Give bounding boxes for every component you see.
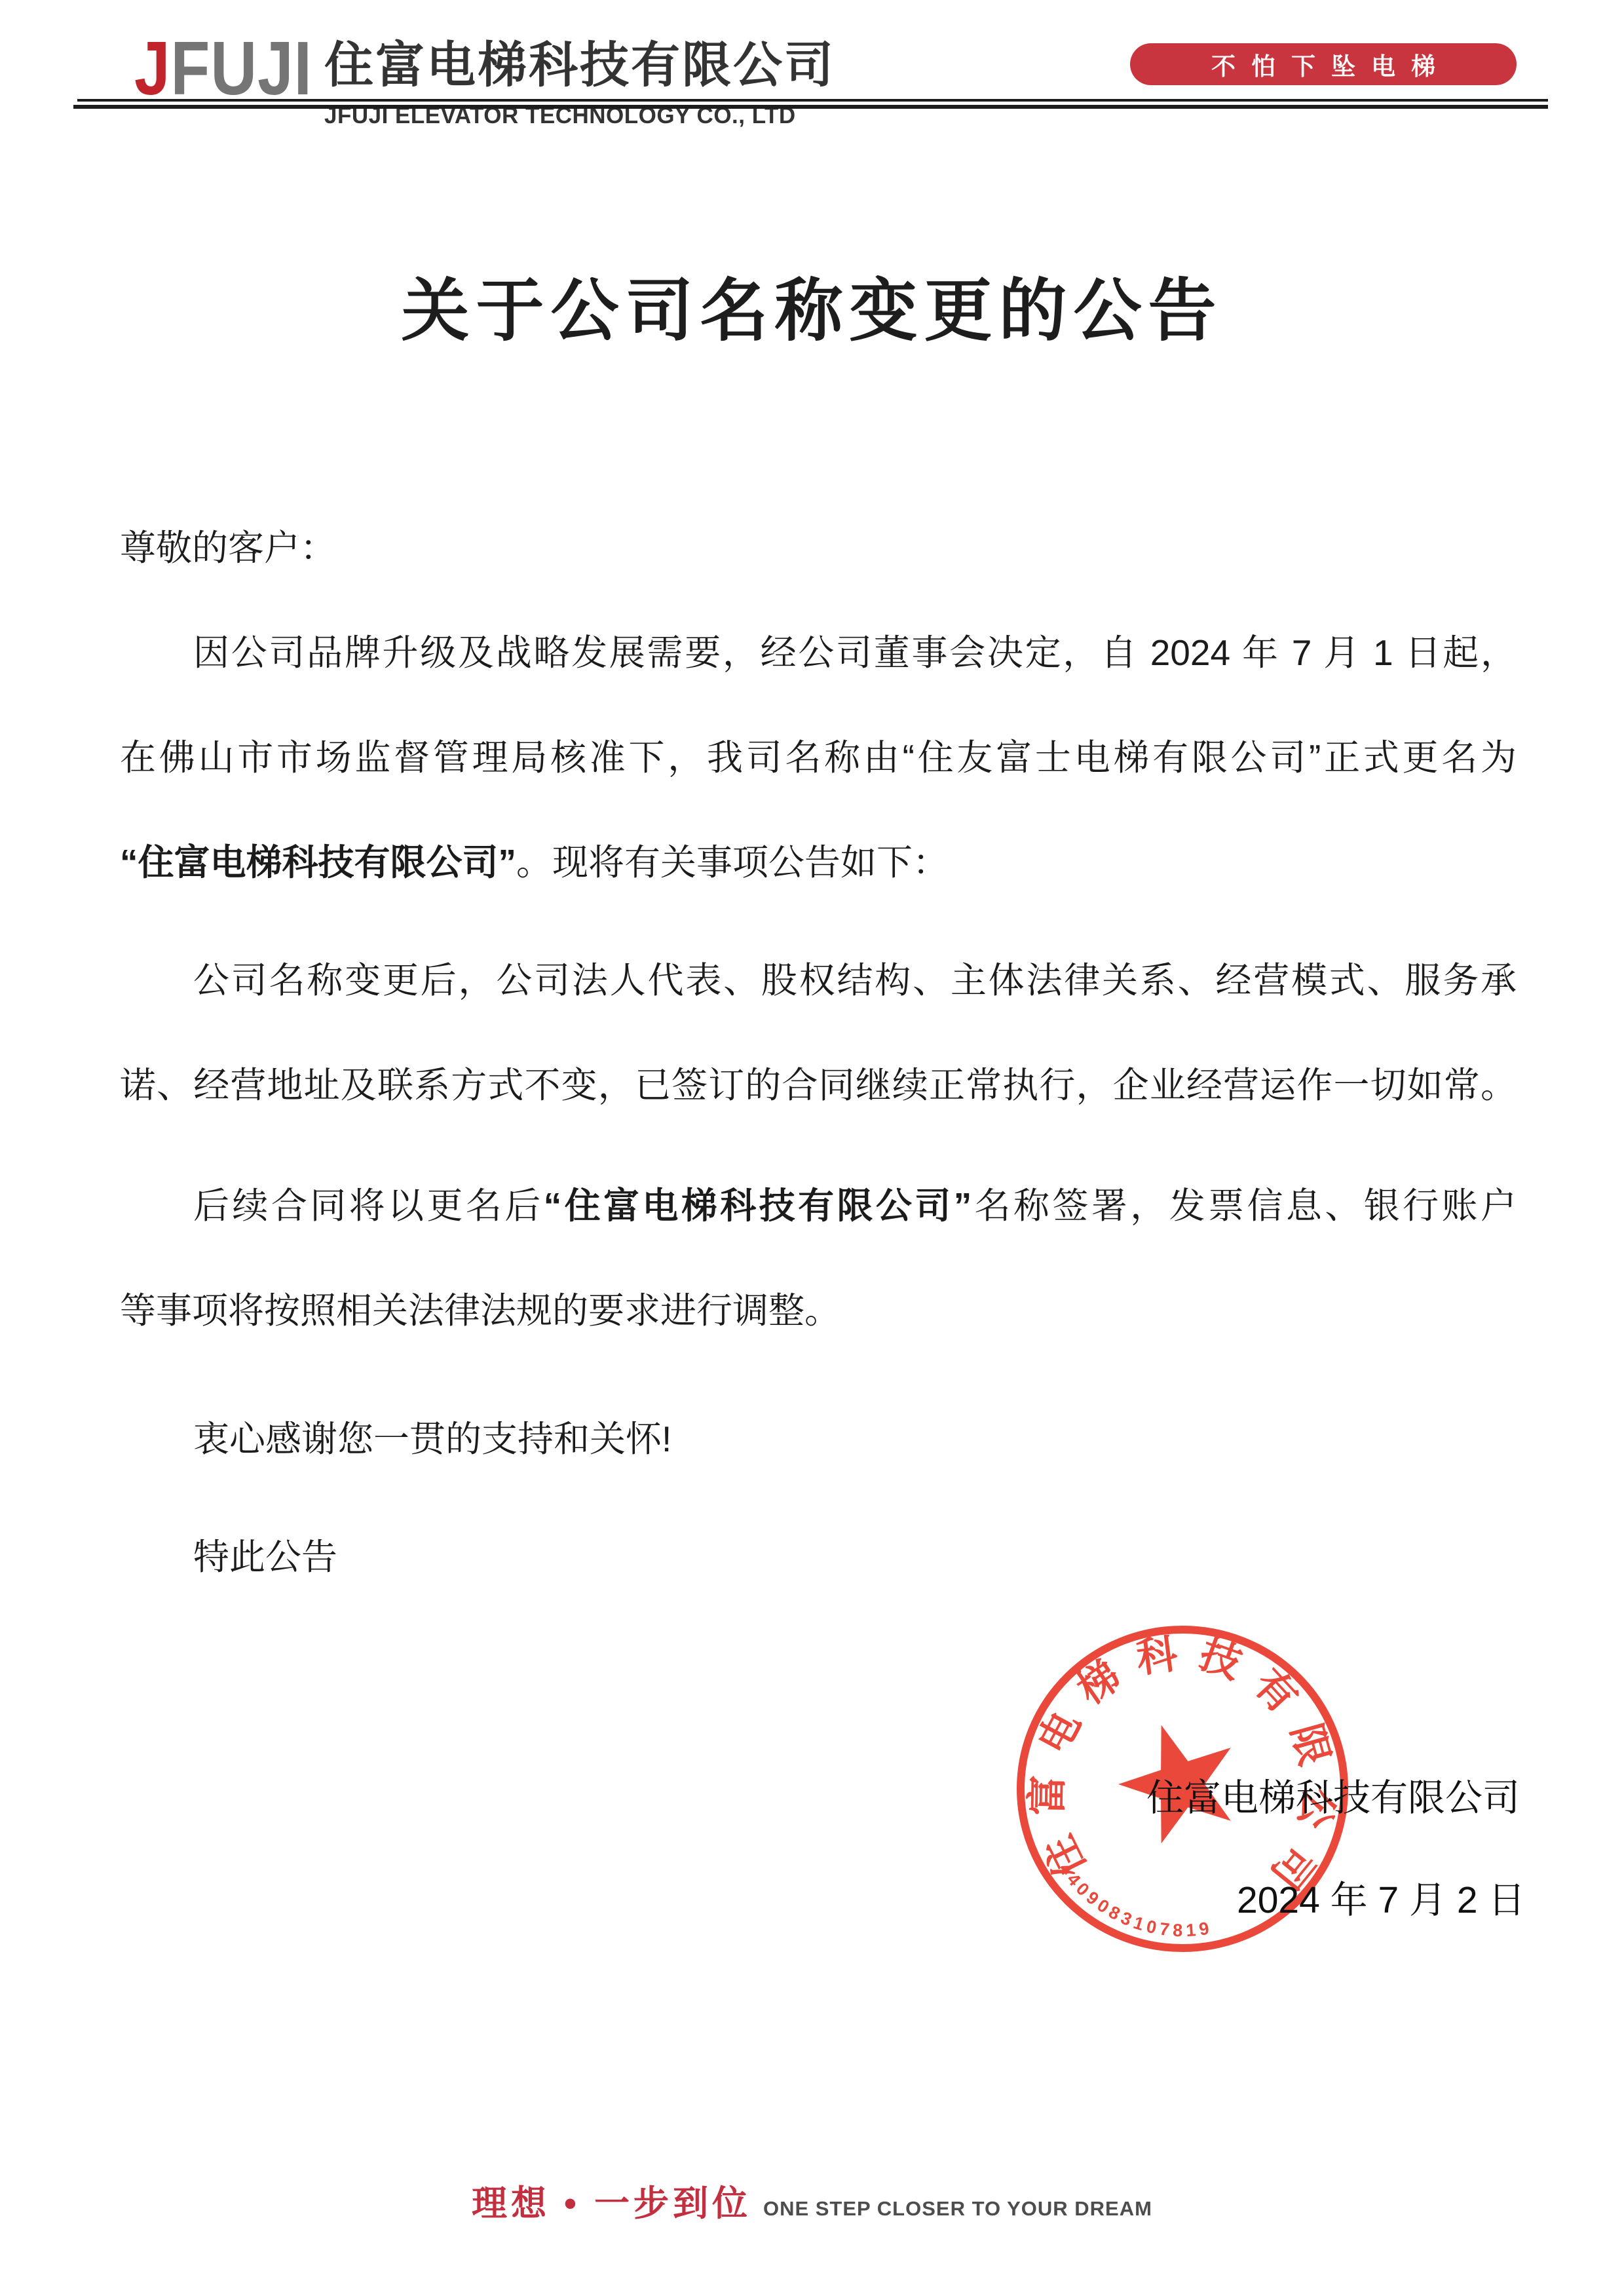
new-company-name-bold: “住富电梯科技有限公司” — [544, 1185, 972, 1226]
paragraph-1-line-2: 在佛山市市场监督管理局核准下，我司名称由“住友富士电梯有限公司”正式更名为 — [120, 705, 1517, 810]
paragraph-2-line-2: 诺、经营地址及联系方式不变，已签订的合同继续正常执行，企业经营运作一切如常。 — [120, 1033, 1517, 1138]
slogan-badge-text: 不怕下坠电梯 — [1211, 47, 1451, 82]
paragraph-text: 因公司品牌升级及战略发展需要，经公司董事会决定，自 2024 年 7 月 1 日… — [193, 632, 1517, 673]
paragraph-text: 。现将有关事项公告如下： — [516, 842, 949, 883]
page-footer: 理想 • 一步到位ONE STEP CLOSER TO YOUR DREAM — [0, 2175, 1624, 2226]
seal-serial-number: 4409083107819 — [1055, 1860, 1214, 1941]
header-rule-bottom — [73, 105, 1548, 109]
document-title: 关于公司名称变更的公告 — [0, 256, 1624, 354]
hereby-announce-line: 特此公告 — [120, 1504, 1517, 1609]
paragraph-text: 诺、经营地址及联系方式不变，已签订的合同继续正常执行，企业经营运作一切如常。 — [120, 1065, 1517, 1105]
paragraph-1-line-1: 因公司品牌升级及战略发展需要，经公司董事会决定，自 2024 年 7 月 1 日… — [120, 600, 1517, 705]
announcement-page: JFUJI 住富电梯科技有限公司 JFUJI ELEVATOR TECHNOLO… — [0, 0, 1624, 2296]
company-name-cn: 住富电梯科技有限公司 — [324, 26, 835, 96]
thanks-line: 衷心感谢您一贯的支持和关怀! — [120, 1387, 1517, 1491]
salutation: 尊敬的客户： — [120, 495, 1517, 600]
jfuji-logo-mark: JFUJI — [134, 25, 312, 110]
slogan-badge: 不怕下坠电梯 — [1130, 43, 1517, 85]
footer-slogan-cn: 理想 • 一步到位 — [472, 2184, 751, 2223]
paragraph-text: 名称签署，发票信息、银行账户 — [972, 1185, 1517, 1226]
header-rule-top — [77, 99, 1548, 102]
paragraph-1-line-3: “住富电梯科技有限公司”。现将有关事项公告如下： — [120, 810, 1517, 915]
paragraph-2-line-1: 公司名称变更后，公司法人代表、股权结构、主体法律关系、经营模式、服务承 — [120, 928, 1517, 1033]
footer-slogan-en: ONE STEP CLOSER TO YOUR DREAM — [763, 2197, 1152, 2220]
logo-letters-fuji: FUJI — [171, 26, 312, 111]
new-company-name-bold: “住富电梯科技有限公司” — [120, 842, 516, 883]
paragraph-text: 后续合同将以更名后 — [193, 1185, 544, 1226]
letterhead-name-block: 住富电梯科技有限公司 JFUJI ELEVATOR TECHNOLOGY CO.… — [324, 26, 835, 129]
logo-letter-j: J — [134, 26, 171, 111]
paragraph-3-line-2: 等事项将按照相关法律法规的要求进行调整。 — [120, 1258, 1517, 1363]
signature-company: 住富电梯科技有限公司 — [1146, 1768, 1520, 1822]
paragraph-text: 公司名称变更后，公司法人代表、股权结构、主体法律关系、经营模式、服务承 — [193, 960, 1517, 1001]
paragraph-3-line-1: 后续合同将以更名后“住富电梯科技有限公司”名称签署，发票信息、银行账户 — [120, 1153, 1517, 1258]
signature-date: 2024 年 7 月 2 日 — [1237, 1870, 1525, 1924]
paragraph-text: 等事项将按照相关法律法规的要求进行调整。 — [120, 1290, 840, 1331]
document-body: 尊敬的客户： 因公司品牌升级及战略发展需要，经公司董事会决定，自 2024 年 … — [120, 495, 1517, 1609]
paragraph-text: 在佛山市市场监督管理局核准下，我司名称由“住友富士电梯有限公司”正式更名为 — [120, 737, 1517, 778]
